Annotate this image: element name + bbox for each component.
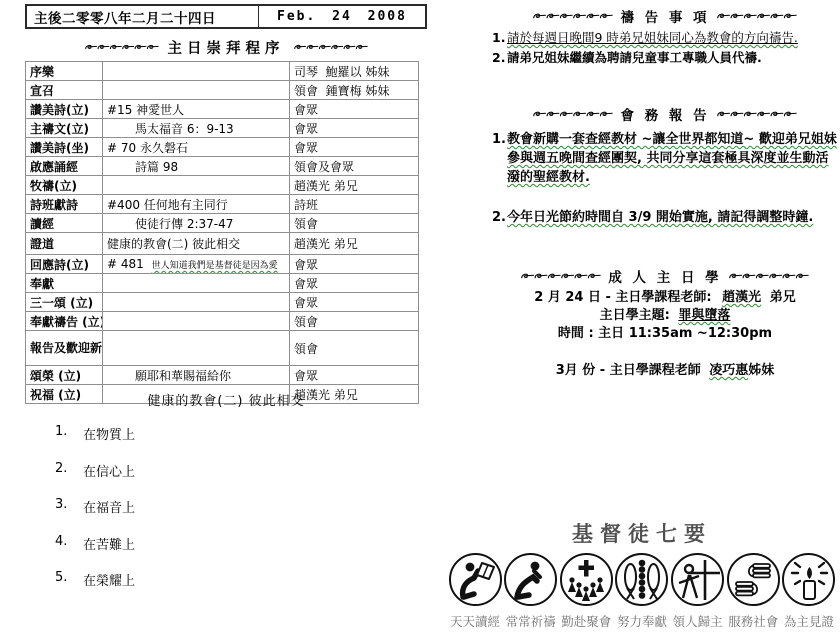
program-row: 頌榮 (立) 願耶和華賜福給你 會眾 bbox=[26, 366, 419, 385]
essential-label: 領人歸主 bbox=[673, 612, 723, 630]
program-row: 證道 健康的教會(二) 彼此相交 趙漢光 弟兄 bbox=[26, 233, 419, 255]
pray-icon bbox=[509, 558, 553, 602]
program-row: 讚美詩(坐) # 70 永久磐石 會眾 bbox=[26, 138, 419, 157]
program-item-who: 領會及會眾 bbox=[290, 157, 419, 176]
item-number: 1. bbox=[492, 29, 507, 46]
ss-topic-prefix: 主日學主題: bbox=[600, 308, 670, 323]
read-bible-icon bbox=[453, 558, 497, 602]
program-item-who: 領會 bbox=[290, 331, 419, 366]
prayer-item-text: 請弟兄姐妹繼續為聘請兒童事工專職人員代禱. bbox=[507, 49, 838, 66]
program-row: 回應詩(立) # 481 世人知道我們是基督徒是因為愛 會眾 bbox=[26, 255, 419, 274]
point-text: 在福音上 bbox=[83, 497, 135, 516]
program-item-detail: 使徒行傳 2:37-47 bbox=[103, 214, 290, 233]
essential-label: 為主見證 bbox=[784, 612, 834, 630]
program-item-who: 領會 bbox=[290, 312, 419, 331]
essential-pray: 常常祈禱 bbox=[504, 553, 558, 630]
scroll-divider-icon bbox=[85, 43, 159, 52]
prayer-item: 1. 請於每週日晚間9 時弟兄姐妹同心為教會的方向禱告. bbox=[492, 29, 838, 46]
ss-march-line: 3月 份 - 主日學課程老師 凌巧惠姊妹 bbox=[492, 362, 838, 380]
bulletin-page: 主後二零零八年二月二十四日 Feb. 24 2008 主日崇拜程序 序樂 司琴 … bbox=[0, 0, 840, 636]
ss-topic-line: 主日學主題: 罪與墮落 bbox=[492, 307, 838, 325]
essential-label: 天天讀經 bbox=[450, 612, 500, 630]
scroll-divider-icon bbox=[294, 43, 368, 52]
program-row: 報告及歡迎新朋友 領會 bbox=[26, 331, 419, 366]
program-item-detail: 健康的教會(二) 彼此相交 bbox=[103, 233, 290, 255]
sermon-title: 健康的教會(二) 彼此相交 bbox=[25, 390, 427, 409]
point-number: 2. bbox=[55, 461, 83, 476]
prayer-item: 2. 請弟兄姐妹繼續為聘請兒童事工專職人員代禱. bbox=[492, 49, 838, 66]
essential-label: 服務社會 bbox=[728, 612, 778, 630]
prayer-section: 禱 告 事 項 1. 請於每週日晚間9 時弟兄姐妹同心為教會的方向禱告. 2. … bbox=[492, 6, 838, 66]
ss-march-prefix: 3月 份 - 主日學課程老師 bbox=[556, 363, 701, 378]
essential-circle bbox=[449, 553, 502, 606]
program-item-detail bbox=[103, 293, 290, 312]
program-item-detail: 馬太福音 6：9-13 bbox=[103, 119, 290, 138]
program-item-who: 趙漢光 弟兄 bbox=[290, 176, 419, 195]
essential-circle bbox=[560, 553, 613, 606]
essential-circle bbox=[727, 553, 780, 606]
essential-witness: 為主見證 bbox=[782, 553, 836, 630]
worship-program-table: 序樂 司琴 鮑羅以 姊妹 宣召 領會 鍾寶梅 姊妹 讚美詩(立) #15 神愛世… bbox=[25, 61, 419, 404]
point-text: 在物質上 bbox=[83, 424, 135, 443]
program-item-detail bbox=[103, 331, 290, 366]
sunday-school-header: 成 人 主 日 學 bbox=[492, 266, 838, 286]
business-item: 2. 今年日光節約時間自 3/9 開始實施, 請記得調整時鐘. bbox=[492, 208, 838, 227]
scroll-divider-icon bbox=[521, 272, 601, 281]
point-number: 5. bbox=[55, 570, 83, 585]
item-number: 1. bbox=[492, 130, 507, 187]
prayer-item-text: 請於每週日晚間9 時弟兄姐妹同心為教會的方向禱告. bbox=[507, 30, 798, 45]
business-item-text: 今年日光節約時間自 3/9 開始實施, 請記得調整時鐘. bbox=[507, 208, 838, 227]
essential-label: 常常祈禱 bbox=[506, 612, 556, 630]
ss-teacher-name: 趙漢光 bbox=[722, 290, 761, 305]
point-number: 3. bbox=[55, 497, 83, 512]
scroll-divider-icon bbox=[533, 12, 613, 21]
scroll-divider-icon bbox=[717, 110, 797, 119]
program-item-label: 奉獻禱告 (立) bbox=[26, 312, 103, 331]
program-item-who: 會眾 bbox=[290, 366, 419, 385]
program-item-detail: # 70 永久磐石 bbox=[103, 138, 290, 157]
essential-lead-people: 領人歸主 bbox=[671, 553, 725, 630]
program-row: 讚美詩(立) #15 神愛世人 會眾 bbox=[26, 100, 419, 119]
prayer-section-header: 禱 告 事 項 bbox=[492, 6, 838, 26]
program-row: 宣召 領會 鍾寶梅 姊妹 bbox=[26, 81, 419, 100]
ss-teacher-prefix: 2 月 24 日 - 主日學課程老師: bbox=[534, 290, 711, 305]
program-item-detail bbox=[103, 62, 290, 81]
seven-essentials-title: 基督徒七要 bbox=[448, 518, 836, 548]
point-number: 4. bbox=[55, 534, 83, 549]
program-item-label: 頌榮 (立) bbox=[26, 366, 103, 385]
point-text: 在信心上 bbox=[83, 461, 135, 480]
program-item-who: 領會 鍾寶梅 姊妹 bbox=[290, 81, 419, 100]
hymn-title: 世人知道我們是基督徒是因為愛 bbox=[152, 261, 278, 271]
program-item-detail bbox=[103, 312, 290, 331]
attend-meetings-icon bbox=[564, 558, 608, 602]
program-item-who: 領會 bbox=[290, 214, 419, 233]
business-item: 1. 教會新購一套查經教材 ~讓全世界都知道~ 歡迎弟兄姐妹參與週五晚間查經團契… bbox=[492, 130, 838, 187]
point-number: 1. bbox=[55, 424, 83, 439]
program-row: 牧禱(立) 趙漢光 弟兄 bbox=[26, 176, 419, 195]
seven-essentials: 基督徒七要 天天讀經 bbox=[448, 518, 836, 630]
program-item-detail: # 481 世人知道我們是基督徒是因為愛 bbox=[103, 255, 290, 274]
essential-serve-society: 服務社會 bbox=[726, 553, 780, 630]
hymn-number: # 481 bbox=[107, 257, 144, 271]
sermon-point: 5. 在榮耀上 bbox=[55, 570, 135, 607]
program-item-who: 司琴 鮑羅以 姊妹 bbox=[290, 62, 419, 81]
program-item-label: 讚美詩(立) bbox=[26, 100, 103, 119]
program-row: 奉獻 會眾 bbox=[26, 274, 419, 293]
program-row: 詩班獻詩 #400 任何地有主同行 詩班 bbox=[26, 195, 419, 214]
prayer-item-text-wrap: 請於每週日晚間9 時弟兄姐妹同心為教會的方向禱告. bbox=[507, 29, 838, 46]
serve-society-icon bbox=[731, 558, 775, 602]
program-item-label: 序樂 bbox=[26, 62, 103, 81]
witness-for-lord-icon bbox=[787, 558, 831, 602]
program-row: 序樂 司琴 鮑羅以 姊妹 bbox=[26, 62, 419, 81]
essential-read-bible: 天天讀經 bbox=[448, 553, 502, 630]
essential-circle bbox=[615, 553, 668, 606]
essential-label: 勤赴聚會 bbox=[561, 612, 611, 630]
ss-time-line: 時間 : 主日 11:35am ~12:30pm bbox=[492, 325, 838, 343]
essential-circle bbox=[782, 553, 835, 606]
program-item-who: 會眾 bbox=[290, 293, 419, 312]
essential-circle bbox=[504, 553, 557, 606]
ss-march-teacher: 凌巧惠 bbox=[709, 363, 748, 378]
program-item-label: 宣召 bbox=[26, 81, 103, 100]
item-number: 2. bbox=[492, 208, 507, 227]
program-item-who: 會眾 bbox=[290, 100, 419, 119]
sermon-point: 4. 在苦難上 bbox=[55, 534, 135, 571]
worship-program-title: 主日崇拜程序 bbox=[168, 37, 285, 58]
program-item-who: 趙漢光 弟兄 bbox=[290, 233, 419, 255]
point-text: 在苦難上 bbox=[83, 534, 135, 553]
seven-essentials-icons: 天天讀經 常常祈禱 bbox=[448, 553, 836, 630]
item-number: 2. bbox=[492, 49, 507, 66]
business-item-text: 教會新購一套查經教材 ~讓全世界都知道~ 歡迎弟兄姐妹參與週五晚間查經團契, 共… bbox=[507, 130, 838, 187]
scroll-divider-icon bbox=[717, 12, 797, 21]
offering-icon bbox=[620, 558, 664, 602]
ss-march-suffix: 姊妹 bbox=[748, 363, 774, 378]
essential-attend-meetings: 勤赴聚會 bbox=[559, 553, 613, 630]
program-item-detail: 願耶和華賜福給你 bbox=[103, 366, 290, 385]
essential-offering: 努力奉獻 bbox=[615, 553, 669, 630]
program-item-label: 讀經 bbox=[26, 214, 103, 233]
essential-label: 努力奉獻 bbox=[617, 612, 667, 630]
sermon-outline: 1. 在物質上 2. 在信心上 3. 在福音上 4. 在苦難上 5. 在榮耀上 bbox=[55, 424, 135, 607]
program-item-detail bbox=[103, 176, 290, 195]
english-date: Feb. 24 2008 bbox=[259, 9, 425, 24]
lead-people-to-christ-icon bbox=[676, 558, 720, 602]
ss-topic-wrap: 罪與墮落 bbox=[678, 308, 730, 323]
program-row: 三一頌 (立) 會眾 bbox=[26, 293, 419, 312]
sunday-school-section: 成 人 主 日 學 2 月 24 日 - 主日學課程老師: 趙漢光 弟兄 主日學… bbox=[492, 266, 838, 380]
program-item-label: 主禱文(立) bbox=[26, 119, 103, 138]
business-section-title: 會 務 報 告 bbox=[620, 104, 709, 124]
program-item-who: 會眾 bbox=[290, 119, 419, 138]
program-row: 主禱文(立) 馬太福音 6：9-13 會眾 bbox=[26, 119, 419, 138]
prayer-section-title: 禱 告 事 項 bbox=[620, 6, 709, 26]
ss-teacher-suffix: 弟兄 bbox=[770, 290, 796, 305]
program-item-detail bbox=[103, 81, 290, 100]
program-item-label: 報告及歡迎新朋友 bbox=[26, 331, 103, 366]
program-item-detail bbox=[103, 274, 290, 293]
program-item-label: 回應詩(立) bbox=[26, 255, 103, 274]
business-section: 會 務 報 告 1. 教會新購一套查經教材 ~讓全世界都知道~ 歡迎弟兄姐妹參與… bbox=[492, 104, 838, 227]
ss-topic: 罪與墮落 bbox=[678, 308, 730, 323]
chinese-date: 主後二零零八年二月二十四日 bbox=[27, 6, 259, 27]
program-item-who: 會眾 bbox=[290, 138, 419, 157]
program-item-label: 奉獻 bbox=[26, 274, 103, 293]
program-row: 奉獻禱告 (立) 領會 bbox=[26, 312, 419, 331]
worship-program-header: 主日崇拜程序 bbox=[25, 37, 427, 58]
program-item-who: 會眾 bbox=[290, 274, 419, 293]
sermon-point: 1. 在物質上 bbox=[55, 424, 135, 461]
program-item-label: 三一頌 (立) bbox=[26, 293, 103, 312]
scroll-divider-icon bbox=[533, 110, 613, 119]
program-item-label: 牧禱(立) bbox=[26, 176, 103, 195]
ss-teacher-line: 2 月 24 日 - 主日學課程老師: 趙漢光 弟兄 bbox=[492, 289, 838, 307]
program-item-label: 證道 bbox=[26, 233, 103, 255]
scroll-divider-icon bbox=[729, 272, 809, 281]
business-section-header: 會 務 報 告 bbox=[492, 104, 838, 124]
program-item-label: 詩班獻詩 bbox=[26, 195, 103, 214]
program-item-label: 啟應誦經 bbox=[26, 157, 103, 176]
program-item-detail: #15 神愛世人 bbox=[103, 100, 290, 119]
program-item-who: 詩班 bbox=[290, 195, 419, 214]
point-text: 在榮耀上 bbox=[83, 570, 135, 589]
left-column: 主後二零零八年二月二十四日 Feb. 24 2008 主日崇拜程序 序樂 司琴 … bbox=[25, 4, 437, 632]
program-row: 讀經 使徒行傳 2:37-47 領會 bbox=[26, 214, 419, 233]
program-item-label: 讚美詩(坐) bbox=[26, 138, 103, 157]
date-box: 主後二零零八年二月二十四日 Feb. 24 2008 bbox=[25, 4, 427, 29]
program-item-detail: 詩篇 98 bbox=[103, 157, 290, 176]
program-item-detail: #400 任何地有主同行 bbox=[103, 195, 290, 214]
sermon-point: 2. 在信心上 bbox=[55, 461, 135, 498]
program-row: 啟應誦經 詩篇 98 領會及會眾 bbox=[26, 157, 419, 176]
program-item-who: 會眾 bbox=[290, 255, 419, 274]
sermon-point: 3. 在福音上 bbox=[55, 497, 135, 534]
sunday-school-title: 成 人 主 日 學 bbox=[608, 266, 721, 286]
essential-circle bbox=[671, 553, 724, 606]
